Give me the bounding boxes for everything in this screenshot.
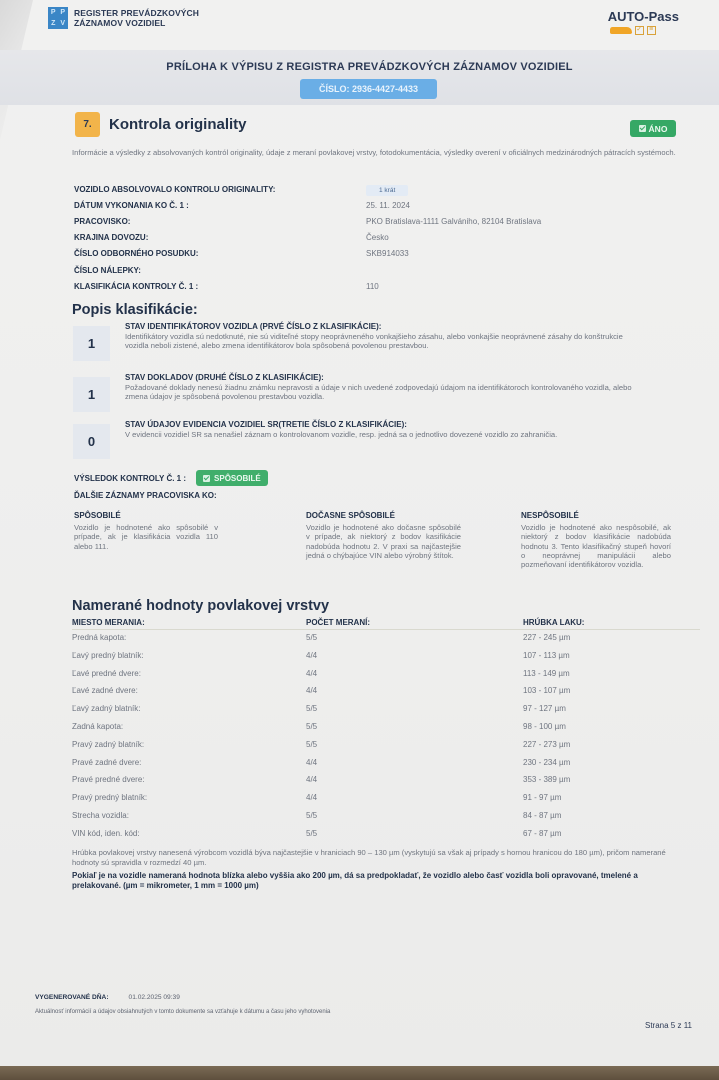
table-row: Pravé predné dvere:4/4353 - 389 µm	[72, 773, 700, 791]
classification-item: 1 STAV IDENTIFIKÁTOROV VOZIDLA (PRVÉ ČÍS…	[73, 322, 633, 361]
section-title: Kontrola originality	[109, 116, 247, 133]
register-brand: P P Z V REGISTER PREVÁDZKOVÝCH ZÁZNAMOV …	[48, 7, 199, 29]
checkbox-icon: ✓	[635, 26, 644, 35]
detail-row: KRAJINA DOVOZU: Česko	[74, 230, 614, 246]
measurements-title: Namerané hodnoty povlakovej vrstvy	[72, 598, 329, 614]
autopass-logo: AUTO-Pass ✓ ≡	[608, 9, 679, 35]
classification-digit: 1	[73, 326, 110, 361]
document-page: P P Z V REGISTER PREVÁDZKOVÝCH ZÁZNAMOV …	[0, 0, 719, 1068]
inspection-details: VOZIDLO ABSOLVOVALO KONTROLU ORIGINALITY…	[74, 181, 614, 294]
section-intro: Informácie a výsledky z absolvovaných ko…	[72, 148, 684, 158]
detail-row: KLASIFIKÁCIA KONTROLY Č. 1 : 110	[74, 278, 614, 294]
table-row: Zadná kapota:5/598 - 100 µm	[72, 720, 700, 738]
detail-row: ČÍSLO NÁLEPKY:	[74, 262, 614, 278]
table-row: Strecha vozidla:5/584 - 87 µm	[72, 809, 700, 827]
detail-row: ČÍSLO ODBORNÉHO POSUDKU: SKB914033	[74, 246, 614, 262]
further-records-label: ĎALŠIE ZÁZNAMY PRACOVISKA KO:	[74, 491, 217, 500]
inspection-count-pill: 1 krát	[366, 185, 408, 196]
footer-note: Aktuálnosť informácií a údajov obsiahnut…	[35, 1009, 330, 1015]
classification-item: 1 STAV DOKLADOV (DRUHÉ ČÍSLO Z KLASIFIKÁ…	[73, 373, 633, 412]
table-row: Pravé zadné dvere:4/4230 - 234 µm	[72, 756, 700, 774]
section-header: 7. Kontrola originality	[75, 112, 247, 137]
page-number: Strana 5 z 11	[645, 1021, 692, 1030]
category-temporarily-capable: DOČASNE SPÔSOBILÉ Vozidlo je hodnotené a…	[306, 511, 461, 560]
thickness-warning: Pokiaľ je na vozidle nameraná hodnota bl…	[72, 871, 687, 891]
brand-line-1: REGISTER PREVÁDZKOVÝCH	[74, 8, 199, 18]
check-icon	[639, 125, 646, 132]
document-title: PRÍLOHA K VÝPISU Z REGISTRA PREVÁDZKOVÝC…	[0, 61, 719, 73]
section-status-badge: ÁNO	[630, 120, 676, 137]
autopass-title: AUTO-Pass	[608, 9, 679, 24]
classification-digit: 0	[73, 424, 110, 459]
category-capable: SPÔSOBILÉ Vozidlo je hodnotené ako spôso…	[74, 511, 218, 551]
classification-item: 0 STAV ÚDAJOV EVIDENCIA VOZIDIEL SR(TRET…	[73, 420, 633, 459]
car-icon	[610, 27, 632, 34]
brand-line-2: ZÁZNAMOV VOZIDIEL	[74, 18, 199, 28]
table-row: Pravý predný blatník:4/491 - 97 µm	[72, 791, 700, 809]
detail-row: DÁTUM VYKONANIA KO Č. 1 : 25. 11. 2024	[74, 197, 614, 213]
generated-info: VYGENEROVANÉ DŇA: 01.02.2025 09:39	[35, 994, 180, 1001]
section-number: 7.	[75, 112, 100, 137]
inspection-result: VÝSLEDOK KONTROLY Č. 1 : SPÔSOBILÉ	[74, 470, 268, 486]
table-row: VIN kód, iden. kód:5/567 - 87 µm	[72, 827, 700, 845]
register-logo-icon: P P Z V	[48, 7, 68, 29]
table-row: Ľavý zadný blatník:5/597 - 127 µm	[72, 702, 700, 720]
detail-row: VOZIDLO ABSOLVOVALO KONTROLU ORIGINALITY…	[74, 181, 614, 197]
table-row: Ľavý predný blatník:4/4107 - 113 µm	[72, 649, 700, 667]
table-row: Ľavé zadné dvere:4/4103 - 107 µm	[72, 684, 700, 702]
thickness-note: Hrúbka povlakovej vrstvy nanesená výrobc…	[72, 848, 687, 867]
document-icon: ≡	[647, 26, 656, 35]
classification-digit: 1	[73, 377, 110, 412]
classification-title: Popis klasifikácie:	[72, 302, 198, 318]
detail-row: PRACOVISKO: PKO Bratislava-1111 Galvánih…	[74, 213, 614, 229]
result-status-badge: SPÔSOBILÉ	[196, 470, 268, 486]
table-row: Ľavé predné dvere:4/4113 - 149 µm	[72, 667, 700, 685]
measurements-header: MIESTO MERANIA: POČET MERANÍ: HRÚBKA LAK…	[72, 618, 700, 630]
category-not-capable: NESPÔSOBILÉ Vozidlo je hodnotené ako nes…	[521, 511, 671, 569]
table-row: Pravý zadný blatník:5/5227 - 273 µm	[72, 738, 700, 756]
table-surface	[0, 1066, 719, 1080]
document-number-badge: ČÍSLO: 2936-4427-4433	[300, 79, 437, 99]
check-icon	[203, 475, 210, 482]
measurements-table: Predná kapota:5/5227 - 245 µmĽavý predný…	[72, 631, 700, 845]
table-row: Predná kapota:5/5227 - 245 µm	[72, 631, 700, 649]
